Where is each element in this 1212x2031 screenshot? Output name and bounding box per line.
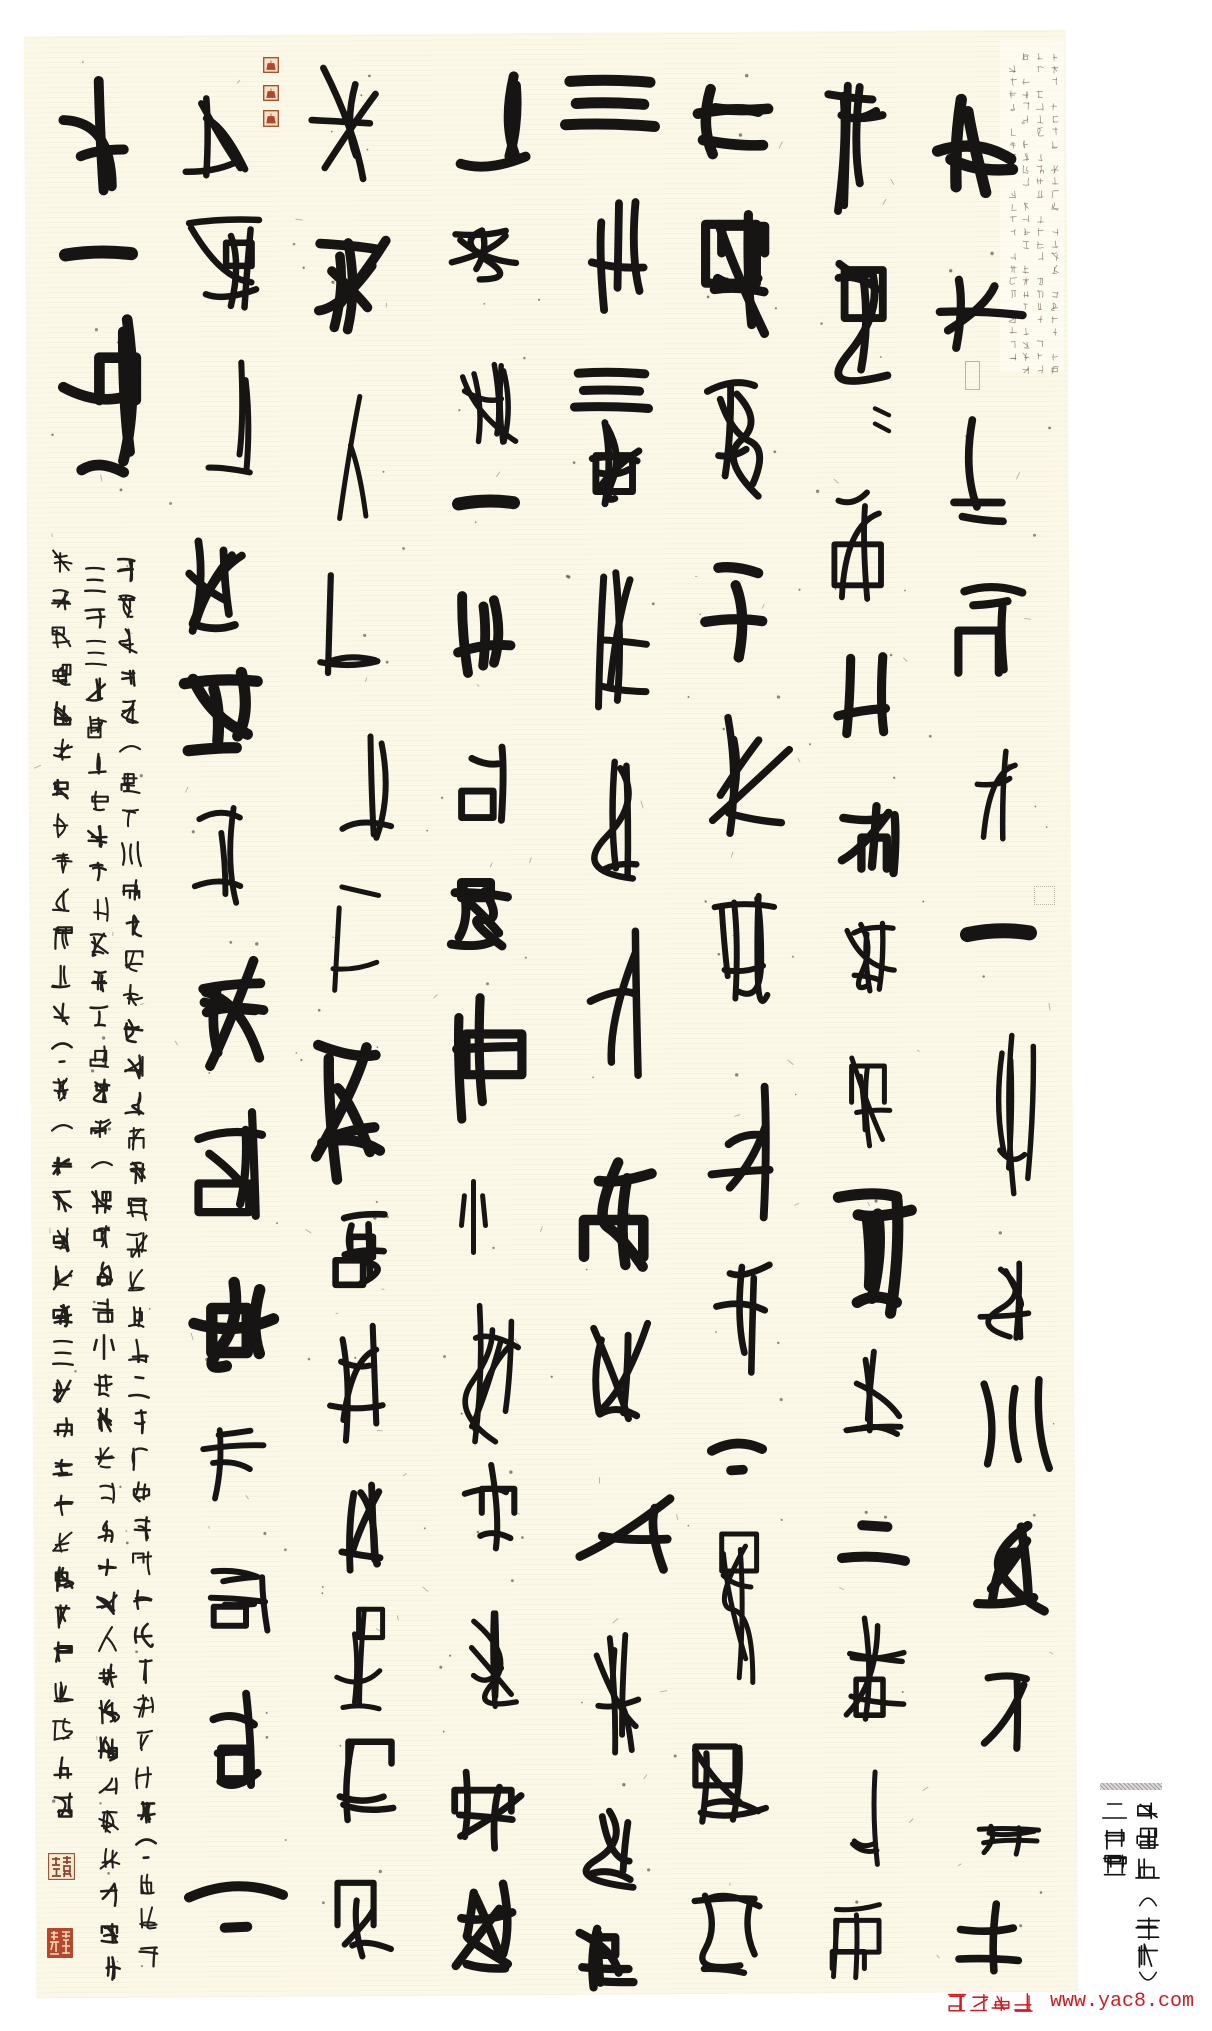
brush-strokes-icon (125, 1125, 147, 1151)
inscription-glyph: 在 (52, 1453, 74, 1479)
inscription-glyph: 首 (52, 1378, 74, 1404)
inscription-glyph: 事 (87, 786, 109, 812)
brush-strokes-icon (117, 628, 139, 654)
brush-strokes-icon (87, 859, 109, 885)
inscription-glyph: 南 (52, 1679, 74, 1705)
brush-strokes-icon (1102, 1853, 1127, 1878)
caption-glyph: 二 (1102, 1801, 1127, 1821)
inscription-glyph: 小 (93, 1334, 115, 1360)
brush-strokes-icon (52, 1754, 74, 1780)
brush-strokes-icon (52, 1189, 74, 1215)
brush-strokes-icon (52, 1415, 74, 1441)
inscription-glyph: 下 (51, 1039, 73, 1065)
inscription-glyph: 知 (89, 1042, 111, 1068)
small-collector-stamp (965, 361, 980, 390)
inscription-glyph: 安 (51, 737, 73, 763)
inscription-glyph: 事 (97, 1663, 119, 1689)
brush-strokes-icon (92, 1261, 114, 1287)
brush-strokes-icon (87, 823, 109, 849)
inscription-glyph: 土 (92, 1261, 114, 1287)
brush-strokes-icon (1135, 1798, 1161, 1823)
brush-strokes-icon (124, 1054, 146, 1080)
brush-strokes-icon (1013, 1993, 1033, 2013)
inscription-glyph: 事 (125, 1125, 147, 1151)
brush-strokes-icon (52, 1641, 74, 1667)
inscription-glyph: 來 (118, 699, 140, 725)
brush-strokes-icon (120, 841, 142, 867)
brush-strokes-icon (52, 1302, 74, 1328)
brush-strokes-icon (118, 699, 140, 725)
inscription-glyph: 在 (99, 1882, 121, 1908)
brush-strokes-icon (90, 1115, 112, 1141)
seal-name-relief (48, 1853, 75, 1880)
inscription-glyph: 林 (52, 1717, 74, 1743)
inscription-glyph: 了 (134, 1764, 156, 1790)
brush-strokes-icon (947, 1993, 967, 2013)
inscription-glyph: 亦 (97, 1736, 119, 1762)
inscription-glyph: 白 (126, 1232, 148, 1258)
brush-strokes-icon (51, 737, 73, 763)
brush-strokes-icon (52, 1491, 74, 1517)
caption-glyph: 奖 (1102, 1853, 1127, 1878)
inscription-glyph: 入 (131, 1516, 153, 1542)
inscription-glyph: 相 (136, 1906, 158, 1932)
brush-strokes-icon (100, 1918, 122, 1944)
inscription-glyph: 通 (121, 877, 143, 903)
brush-strokes-icon (88, 932, 110, 958)
brush-strokes-icon (95, 1553, 117, 1579)
brush-strokes-icon (51, 1001, 73, 1027)
caption-glyph: ） (1138, 1971, 1158, 1983)
inscription-glyph: 月 (52, 1604, 74, 1630)
brush-strokes-icon (129, 1445, 151, 1471)
brush-strokes-icon (117, 593, 139, 619)
inscription-glyph: 水 (51, 850, 73, 876)
caption-divider (1100, 1783, 1162, 1790)
brush-strokes-icon (51, 963, 73, 989)
inscription-glyph: 閩 (52, 1641, 74, 1667)
brush-strokes-icon (122, 948, 144, 974)
brush-strokes-icon (85, 640, 107, 666)
brush-strokes-icon (89, 969, 111, 995)
brush-strokes-icon (1135, 1854, 1161, 1880)
inscription-glyph: 黃 (100, 1918, 122, 1944)
inscription-glyph: 集 (52, 1189, 74, 1215)
inscription-glyph: 陽 (51, 775, 73, 801)
caption-glyph: （ (1138, 1895, 1158, 1907)
inscription-glyph: 竹 (88, 896, 110, 922)
inscription-glyph: 乙 (52, 1491, 74, 1517)
inscription-glyph: 殷 (96, 1590, 118, 1616)
inscription-glyph: 出 (92, 1224, 114, 1250)
inscription-glyph: 下 (135, 1835, 157, 1861)
inscription-glyph: 中 (132, 1587, 154, 1613)
brush-strokes-icon (132, 1587, 154, 1613)
inscription-glyph: 一 (51, 1114, 73, 1140)
brush-strokes-icon (52, 1453, 74, 1479)
brush-strokes-icon (97, 1699, 119, 1725)
brush-strokes-icon (131, 1551, 153, 1577)
inscription-glyph: 從 (91, 1188, 113, 1214)
inscription-glyph: 依 (122, 983, 144, 1009)
brush-strokes-icon (136, 1906, 158, 1932)
brush-strokes-icon (95, 1517, 117, 1543)
brush-strokes-icon (1138, 1895, 1158, 1907)
inscription-glyph: 帛 (88, 932, 110, 958)
brush-strokes-icon (129, 1409, 151, 1435)
inscription-glyph: 一 (119, 735, 141, 761)
brush-strokes-icon (100, 1955, 122, 1981)
inscription-glyph: 詩 (52, 1302, 74, 1328)
inscription-glyph: 渡 (136, 1871, 158, 1897)
caption-glyph: 启 (1135, 1826, 1161, 1851)
inscription-glyph: 自 (51, 662, 73, 688)
inscription-glyph: 不 (125, 1161, 147, 1187)
brush-strokes-icon (134, 1764, 156, 1790)
watermark-glyph: 赏 (1013, 1993, 1033, 2013)
brush-strokes-icon (96, 1626, 118, 1652)
inscription-glyph: 月 (130, 1480, 152, 1506)
caption-glyph: 猛 (1135, 1854, 1161, 1880)
brush-strokes-icon (92, 1224, 114, 1250)
inscription-glyph: 如 (133, 1693, 155, 1719)
brush-strokes-icon (52, 1679, 74, 1705)
inscription-glyph: 與 (51, 624, 73, 650)
brush-strokes-icon (125, 1161, 147, 1187)
inscription-glyph: 醉 (134, 1729, 156, 1755)
brush-strokes-icon (52, 1717, 74, 1743)
inscription-glyph: 雲 (127, 1267, 149, 1293)
inscription-glyph: 更 (99, 1845, 121, 1871)
brush-strokes-icon (119, 770, 141, 796)
inscription-glyph: 天 (51, 1001, 73, 1027)
watermark-url: www.yac8.com (1050, 1991, 1194, 2013)
brush-strokes-icon (51, 662, 73, 688)
caption-glyph: 林 (1135, 1798, 1161, 1823)
brush-strokes-icon (97, 1736, 119, 1762)
brush-strokes-icon (1135, 1943, 1161, 1968)
inscription-glyph: 骨 (90, 1115, 112, 1141)
inscription-glyph: 前 (86, 750, 108, 776)
brush-strokes-icon (99, 1882, 121, 1908)
brush-strokes-icon (51, 1114, 73, 1140)
brush-strokes-icon (991, 1993, 1011, 2013)
brush-strokes-icon (88, 896, 110, 922)
inscription-glyph: 登 (117, 628, 139, 654)
watermark-glyph: 法 (969, 1993, 989, 2013)
inscription-glyph: 全 (51, 926, 73, 952)
brush-strokes-icon (51, 775, 73, 801)
brush-strokes-icon (86, 713, 108, 739)
brush-strokes-icon (98, 1772, 120, 1798)
inscription-glyph: 問 (95, 1480, 117, 1506)
seal-name-intaglio (47, 1928, 73, 1958)
brush-strokes-icon (51, 700, 73, 726)
inscription-glyph: 如 (51, 888, 73, 914)
brush-strokes-icon (1135, 1826, 1161, 1851)
brush-strokes-icon (1138, 1971, 1158, 1983)
brush-strokes-icon (51, 1152, 73, 1178)
inscription-glyph: 古 (51, 700, 73, 726)
brush-strokes-icon (969, 1993, 989, 2013)
brush-strokes-icon (1135, 1916, 1161, 1941)
inscription-glyph: 學 (93, 1371, 115, 1397)
inscription-glyph: 可 (94, 1444, 116, 1470)
inscription-glyph: 三 (85, 640, 107, 666)
inscription-glyph: 隨 (51, 1152, 73, 1178)
inscription-glyph: 陽 (129, 1445, 151, 1471)
inscription-glyph: 不 (116, 557, 138, 583)
inscription-glyph: 林 (131, 1551, 153, 1577)
brush-strokes-icon (99, 1845, 121, 1871)
brush-strokes-icon (1102, 1801, 1127, 1821)
inscription-glyph: 行 (127, 1303, 149, 1329)
inscription-glyph: 千 (84, 604, 106, 630)
brush-strokes-icon (90, 1078, 112, 1104)
brush-strokes-icon (136, 1871, 158, 1897)
brush-strokes-icon (133, 1693, 155, 1719)
inscription-glyph: 花 (135, 1800, 157, 1826)
brush-strokes-icon (52, 1265, 74, 1291)
inscription-glyph: 建 (51, 549, 73, 575)
brush-strokes-icon (130, 1480, 152, 1506)
inscription-glyph: 即 (87, 823, 109, 849)
inscription-glyph: 風 (51, 813, 73, 839)
inscription-glyph: 逢 (137, 1942, 159, 1968)
small-printed-mark (1034, 886, 1055, 905)
brush-strokes-icon (121, 912, 143, 938)
inscription-glyph: 初 (95, 1517, 117, 1543)
inscription-glyph: 一 (91, 1151, 113, 1177)
inscription-glyph: 如 (98, 1772, 120, 1798)
brush-strokes-icon (118, 664, 140, 690)
brush-strokes-icon (134, 1729, 156, 1755)
brush-strokes-icon (51, 813, 73, 839)
brush-strokes-icon (132, 1622, 154, 1648)
brush-strokes-icon (93, 1371, 115, 1397)
brush-strokes-icon (51, 1039, 73, 1065)
inscription-glyph: 後 (92, 1298, 114, 1324)
inscription-glyph: 三 (84, 567, 106, 593)
inscription-glyph: 東 (132, 1622, 154, 1648)
inscription-glyph: 看 (87, 859, 109, 885)
brush-strokes-icon (51, 850, 73, 876)
brush-strokes-icon (87, 786, 109, 812)
brush-strokes-icon (94, 1444, 116, 1470)
brush-strokes-icon (119, 735, 141, 761)
brush-strokes-icon (51, 549, 73, 575)
inscription-glyph: 生 (98, 1809, 120, 1835)
brush-strokes-icon (52, 1227, 74, 1253)
brush-strokes-icon (122, 983, 144, 1009)
inscription-glyph: 郭 (51, 963, 73, 989)
brush-strokes-icon (96, 1590, 118, 1616)
inscription-glyph: 斜 (129, 1409, 151, 1435)
brush-strokes-icon (128, 1338, 150, 1364)
brush-strokes-icon (93, 1334, 115, 1360)
inscription-glyph: 有 (94, 1407, 116, 1433)
inscription-glyph: 望 (119, 770, 141, 796)
inscription-glyph: 泉 (100, 1955, 122, 1981)
brush-strokes-icon (126, 1196, 148, 1222)
watermark-glyph: 欣 (991, 1993, 1011, 2013)
inscription-glyph: 百 (85, 677, 107, 703)
brush-strokes-icon (124, 1090, 146, 1116)
brush-strokes-icon (133, 1658, 155, 1684)
inscription-glyph: 第 (51, 1076, 73, 1102)
brush-strokes-icon (91, 1151, 113, 1177)
inscription-glyph: 契 (52, 1227, 74, 1253)
brush-strokes-icon (89, 1005, 111, 1031)
brush-strokes-icon (84, 604, 106, 630)
brush-strokes-icon (92, 1298, 114, 1324)
inscription-glyph: 書 (89, 1005, 111, 1031)
brush-strokes-icon (52, 1792, 74, 1818)
watermark-glyph: 书 (947, 1993, 967, 2013)
inscription-glyph: 風 (133, 1658, 155, 1684)
brush-strokes-icon (89, 1042, 111, 1068)
inscription-glyph: 時 (95, 1553, 117, 1579)
inscription-glyph: 人 (96, 1626, 118, 1652)
seal-top-stack (263, 57, 279, 129)
inscription-glyph: 冬 (52, 1566, 74, 1592)
seal-icon (264, 58, 279, 127)
inscription-glyph: 時 (52, 1415, 74, 1441)
inscription-glyph: 同 (126, 1196, 148, 1222)
inscription-glyph: 高 (118, 664, 140, 690)
inscription-glyph: 啟 (52, 1754, 74, 1780)
brush-strokes-icon (1102, 1826, 1127, 1851)
caption-glyph: 等 (1102, 1826, 1127, 1851)
inscription-glyph: 甲 (90, 1078, 112, 1104)
inscription-glyph: 山 (122, 948, 144, 974)
brush-strokes-icon (91, 1188, 113, 1214)
brush-strokes-icon (51, 926, 73, 952)
brush-strokes-icon (52, 1566, 74, 1592)
brush-strokes-icon (120, 806, 142, 832)
brush-strokes-icon (135, 1800, 157, 1826)
brush-strokes-icon (94, 1407, 116, 1433)
inscription-glyph: 寒 (121, 912, 143, 938)
brush-strokes-icon (84, 567, 106, 593)
brush-strokes-icon (116, 557, 138, 583)
brush-strokes-icon (52, 1528, 74, 1554)
brush-strokes-icon (52, 1340, 74, 1366)
brush-strokes-icon (127, 1303, 149, 1329)
brush-strokes-icon (97, 1663, 119, 1689)
caption-glyph: 建 (1135, 1943, 1161, 1968)
inscription-glyph: 壽 (51, 587, 73, 613)
inscription-glyph: 舊 (123, 1019, 145, 1045)
inscription-glyph: 上 (128, 1374, 150, 1400)
caption-glyph: 福 (1135, 1916, 1161, 1941)
inscription-glyph: 水 (128, 1338, 150, 1364)
brush-strokes-icon (51, 888, 73, 914)
brush-strokes-icon (51, 1076, 73, 1102)
brush-strokes-icon (52, 1604, 74, 1630)
inscription-glyph: 年 (124, 1054, 146, 1080)
brush-strokes-icon (127, 1267, 149, 1293)
brush-strokes-icon (135, 1835, 157, 1861)
brush-strokes-icon (51, 587, 73, 613)
inscription-glyph: 猛 (52, 1792, 74, 1818)
inscription-glyph: 百 (120, 806, 142, 832)
brush-strokes-icon (95, 1480, 117, 1506)
brush-strokes-icon (137, 1942, 159, 1968)
inscription-glyph: 知 (117, 593, 139, 619)
brush-strokes-icon (85, 677, 107, 703)
inscription-glyph: 川 (120, 841, 142, 867)
inscription-glyph: 未 (89, 969, 111, 995)
brush-strokes-icon (128, 1374, 150, 1400)
brush-strokes-icon (86, 750, 108, 776)
brush-strokes-icon (123, 1019, 145, 1045)
inscription-glyph: 酉 (52, 1528, 74, 1554)
brush-strokes-icon (98, 1809, 120, 1835)
inscription-glyph: 三 (52, 1340, 74, 1366)
inscription-glyph: 列 (97, 1699, 119, 1725)
brush-strokes-icon (126, 1232, 148, 1258)
inscription: 不知登高來一望百川通寒山依舊年年事不同白雲行水上斜陽月入林中東風如醉了花下渡相逢… (0, 0, 1212, 2031)
inscription-glyph: 年 (86, 713, 108, 739)
brush-strokes-icon (52, 1378, 74, 1404)
inscription-glyph: 文 (52, 1265, 74, 1291)
inscription-glyph: 年 (124, 1090, 146, 1116)
brush-strokes-icon (131, 1516, 153, 1542)
brush-strokes-icon (121, 877, 143, 903)
brush-strokes-icon (51, 624, 73, 650)
